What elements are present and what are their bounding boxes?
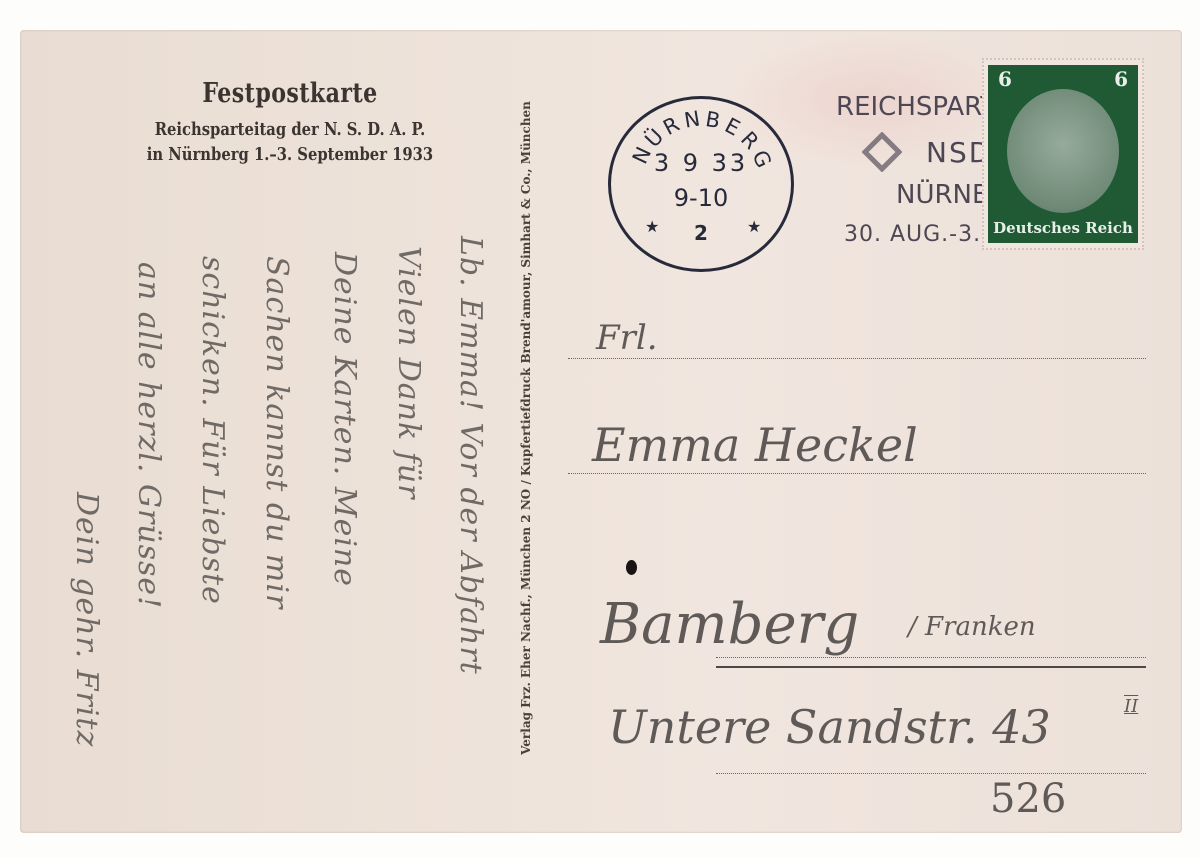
postmark-date: 3 9 33 (611, 149, 791, 177)
punch-hole (626, 560, 637, 575)
address-street: Untere Sandstr. 43 (608, 700, 1051, 754)
address-note-number: 526 (990, 776, 1066, 822)
circular-postmark: NÜRNBERG 3 9 33 9-10 ★ ★ 2 (608, 96, 794, 272)
publisher-imprint: Verlag Frz. Eher Nachf., München 2 NO / … (519, 48, 535, 808)
address-rule-2 (568, 473, 1146, 474)
postmark-time: 9-10 (611, 184, 791, 212)
postmark-office-number: 2 (611, 221, 791, 245)
message-line: an alle herzl. Grüsse! (131, 262, 166, 609)
postmark-city-letter: B (704, 107, 722, 133)
postmark-city-letter: N (682, 106, 701, 132)
message-line: Lb. Emma! Vor der Abfahrt (453, 236, 488, 675)
postcard-header: Festpostkarte Reichsparteitag der N. S. … (90, 78, 490, 165)
address-floor: II (1124, 696, 1138, 717)
address-region: / Franken (908, 612, 1036, 642)
postage-stamp: 6 6 Deutsches Reich (988, 65, 1138, 243)
address-name: Emma Heckel (592, 418, 918, 472)
message-line: Sachen kannst du mir (259, 256, 294, 609)
address-rule-4 (716, 773, 1146, 774)
stamp-country: Deutsches Reich (988, 219, 1138, 237)
stamp-value-right: 6 (1114, 67, 1128, 91)
header-title: Festpostkarte (126, 78, 454, 109)
message-line: Deine Karten. Meine (327, 252, 362, 587)
header-line-1: Reichsparteitag der N. S. D. A. P. (126, 119, 454, 140)
message-signature: Dein gehr. Fritz (69, 492, 104, 747)
postmark-city-letter: E (721, 113, 744, 140)
portrait-medallion (1007, 89, 1119, 213)
address-rule-1 (568, 358, 1146, 359)
header-line-2: in Nürnberg 1.–3. September 1933 (126, 144, 454, 165)
address-rule-3-underline (716, 666, 1146, 668)
stamp-value-left: 6 (998, 67, 1012, 91)
party-emblem-icon (862, 132, 902, 172)
address-city: Bamberg (600, 592, 859, 657)
address-rule-3 (716, 657, 1146, 658)
address-salutation: Frl. (596, 318, 658, 358)
message-line: schicken. Für Liebste (195, 256, 230, 605)
message-line: Vielen Dank für (391, 246, 426, 499)
